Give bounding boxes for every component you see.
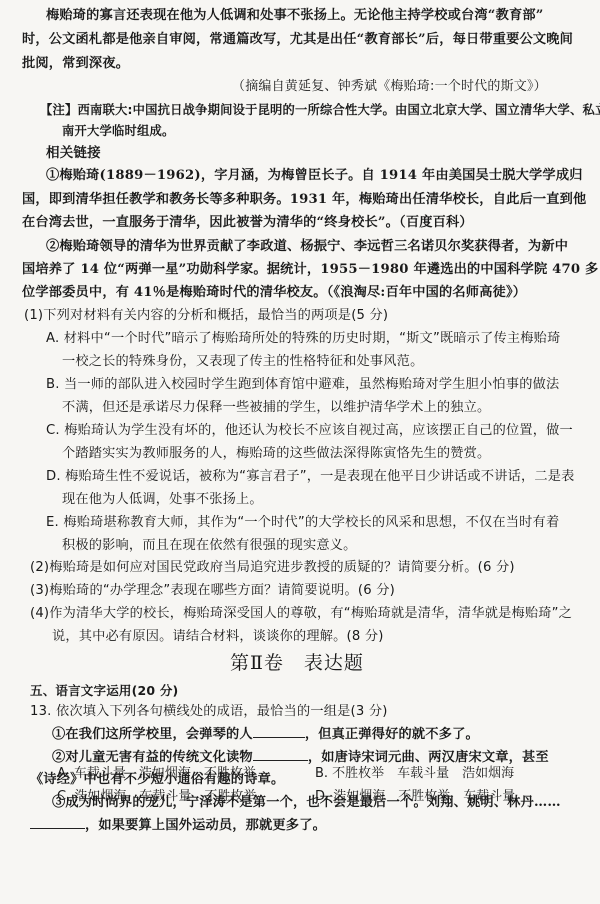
q13-option-b: B. 不胜枚举 车载斗量 浩如烟海 xyxy=(315,765,514,783)
real-bottom: A. 车载斗量 浩如烟海 不胜枚举 B. 不胜枚举 车载斗量 浩如烟海 C. 浩… xyxy=(0,0,600,904)
q13-option-c: C. 浩如烟海 车载斗量 不胜枚举 xyxy=(57,788,256,806)
q13-option-a: A. 车载斗量 浩如烟海 不胜枚举 xyxy=(57,765,256,783)
q13-option-d: D. 浩如烟海 不胜枚举 车载斗量 xyxy=(315,788,515,806)
